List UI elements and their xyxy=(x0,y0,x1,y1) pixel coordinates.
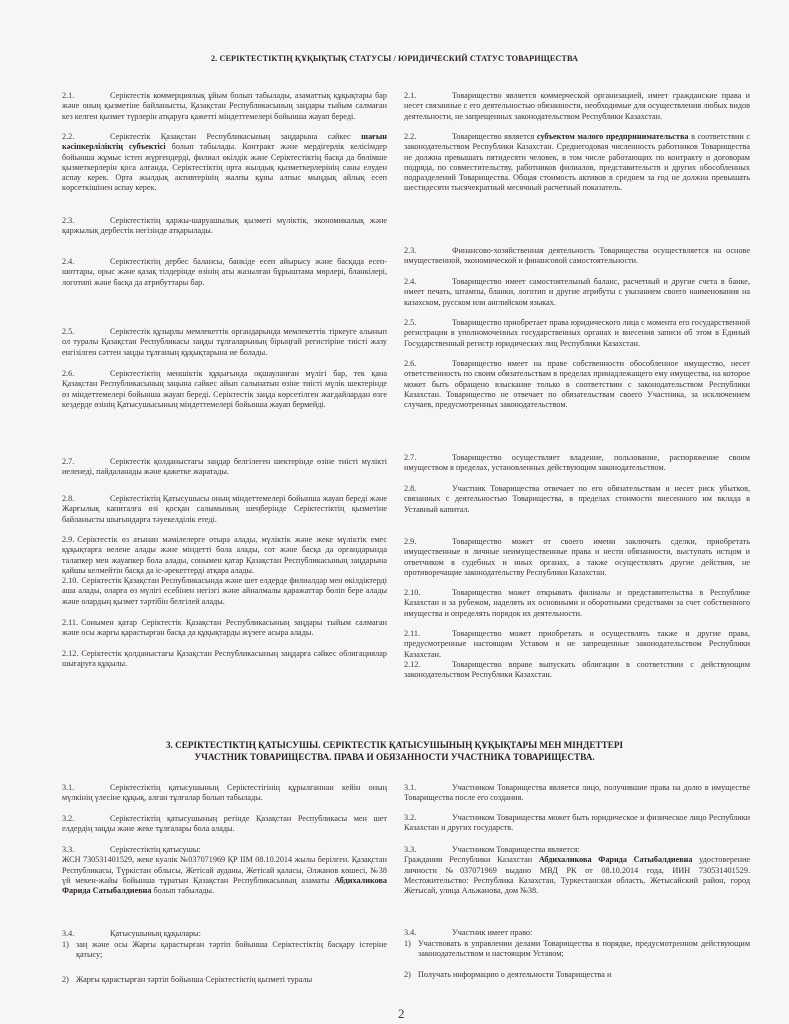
clause-kz-3-3: 3.3.Серіктестіктің қатысушы:ЖСН 73053140… xyxy=(62,845,387,896)
clause-ru-2-4: 2.4.Товарищество имеет самостоятельный б… xyxy=(404,277,750,308)
document-page: 2. СЕРІКТЕСТІКТІҢ ҚҰҚЫҚТЫҚ СТАТУСЫ / ЮРИ… xyxy=(0,0,789,1024)
section-3-ru-column: 3.1.Участником Товарищества является лиц… xyxy=(404,783,750,1003)
clause-kz-2-5: 2.5.Серіктестік құзырлы мемлекеттік орга… xyxy=(62,327,387,358)
clause-kz-2-2: 2.2.Серіктестік Қазақстан Республикасыны… xyxy=(62,132,387,194)
clause-kz-3-4: 3.4.Қатысушының құқылары: xyxy=(62,929,387,939)
clause-kz-2-9: 2.9.Серіктестік өз атынан мәмілелерге от… xyxy=(62,535,387,576)
clause-ru-2-12: 2.12.Товарищество вправе выпускать облиг… xyxy=(404,660,750,681)
clause-ru-3-3: 3.3.Участником Товарищества является:Гра… xyxy=(404,845,750,896)
clause-ru-2-6: 2.6.Товарищество имеет на праве собствен… xyxy=(404,359,750,410)
clause-kz-2-8: 2.8.Серіктестіктің Қатысушысы оның мінде… xyxy=(62,494,387,525)
clause-kz-3-1: 3.1.Серіктестіктің қатысушының Серіктест… xyxy=(62,783,387,804)
list-item: 2)Получать информацию о деятельности Тов… xyxy=(404,970,750,980)
clause-ru-2-1: 2.1.Товарищество является коммерческой о… xyxy=(404,91,750,122)
clause-ru-2-9: 2.9.Товарищество может от своего имени з… xyxy=(404,537,750,578)
clause-kz-2-7: 2.7.Серіктестік қолданыстағы заңдар белг… xyxy=(62,457,387,478)
section-3-heading-ru: УЧАСТНИК ТОВАРИЩЕСТВА. ПРАВА И ОБЯЗАННОС… xyxy=(0,751,789,763)
clause-ru-2-2: 2.2.Товарищество является субъектом мало… xyxy=(404,132,750,194)
section-3-heading: 3. СЕРІКТЕСТІКТІҢ ҚАТЫСУШЫ. СЕРІКТЕСТІК … xyxy=(0,739,789,763)
clause-kz-2-11: 2.11.Сонымен қатар Серіктестік Қазақстан… xyxy=(62,618,387,639)
clause-kz-3-2: 3.2.Серіктестіктің қатысушының ретінде Қ… xyxy=(62,814,387,835)
clause-ru-2-5: 2.5.Товарищество приобретает права юриди… xyxy=(404,318,750,349)
section-2-kz-column: 2.1.Серіктестік коммерциялық ұйым болып … xyxy=(62,91,387,731)
clause-kz-2-3: 2.3.Серіктестіктің қаржы-шаруашылық қызм… xyxy=(62,216,387,237)
clause-ru-3-2: 3.2.Участником Товарищества может быть ю… xyxy=(404,813,750,834)
page-number: 2 xyxy=(398,1006,405,1022)
section-3-kz-column: 3.1.Серіктестіктің қатысушының Серіктест… xyxy=(62,783,387,1003)
clause-kz-2-10: 2.10.Серіктестік Қазақстан Республикасын… xyxy=(62,576,387,607)
clause-ru-2-3: 2.3.Финансово-хозяйственная деятельность… xyxy=(404,246,750,267)
section-2-heading: 2. СЕРІКТЕСТІКТІҢ ҚҰҚЫҚТЫҚ СТАТУСЫ / ЮРИ… xyxy=(0,54,789,63)
list-item: 2)Жарғы қарастырған тәртіп бойынша Серік… xyxy=(62,975,387,985)
section-2-ru-column: 2.1.Товарищество является коммерческой о… xyxy=(404,91,750,731)
clause-kz-2-12: 2.12.Серіктестік қолданыстағы Қазақстан … xyxy=(62,649,387,670)
list-item: 1)заң және осы Жарғы қарастырған тәртіп … xyxy=(62,940,387,961)
clause-ru-2-11: 2.11.Товарищество может приобретать и ос… xyxy=(404,629,750,660)
section-3-heading-kz: 3. СЕРІКТЕСТІКТІҢ ҚАТЫСУШЫ. СЕРІКТЕСТІК … xyxy=(0,739,789,751)
list-item: 1)Участвовать в управлении делами Товари… xyxy=(404,939,750,960)
clause-kz-2-6: 2.6.Серіктестіктің меншіктік құқығында о… xyxy=(62,369,387,410)
clause-ru-3-4: 3.4.Участник имеет право: xyxy=(404,928,750,938)
clause-kz-2-4: 2.4.Серіктестіктің дербес балансы, банкі… xyxy=(62,257,387,288)
clause-ru-2-7: 2.7.Товарищество осуществляет владение, … xyxy=(404,453,750,474)
clause-ru-2-10: 2.10.Товарищество может открывать филиал… xyxy=(404,588,750,619)
clause-ru-3-1: 3.1.Участником Товарищества является лиц… xyxy=(404,783,750,804)
clause-ru-2-8: 2.8.Участник Товарищества отвечает по ег… xyxy=(404,484,750,515)
clause-kz-2-1: 2.1.Серіктестік коммерциялық ұйым болып … xyxy=(62,91,387,122)
